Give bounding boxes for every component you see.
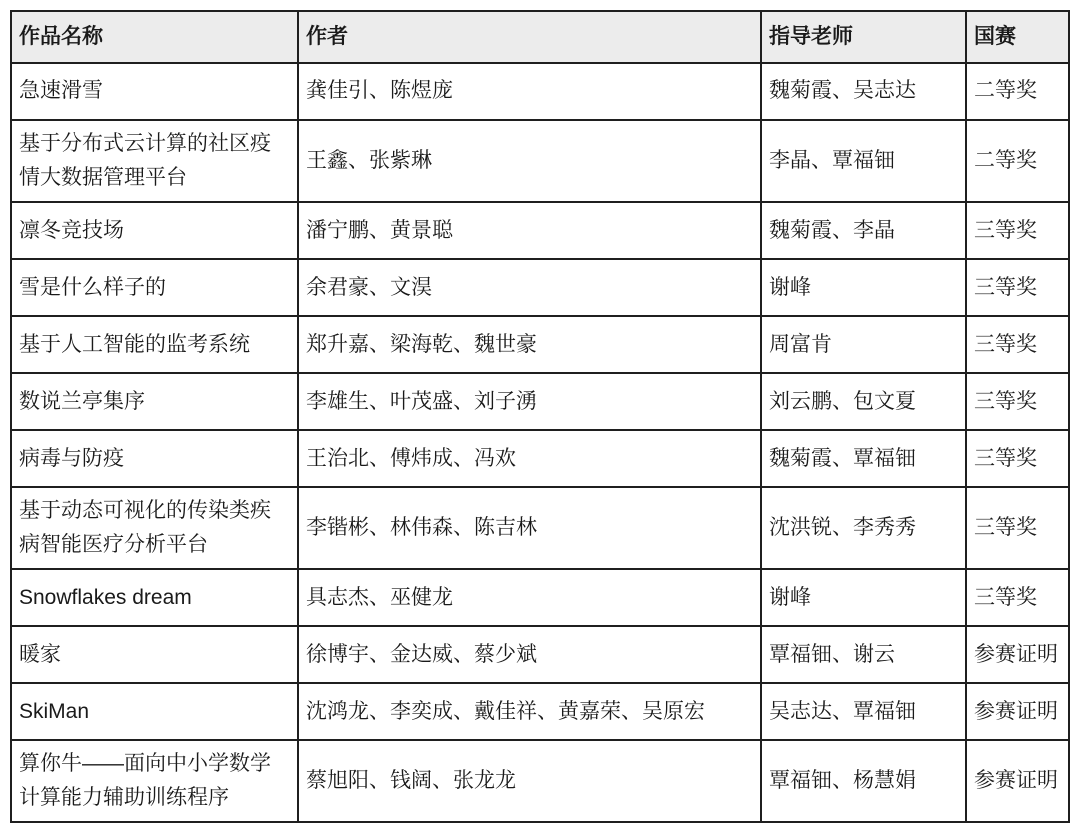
cell-teachers: 吴志达、覃福钿	[761, 683, 966, 740]
cell-authors: 潘宁鹏、黄景聪	[298, 202, 761, 259]
cell-award: 二等奖	[966, 63, 1069, 120]
cell-title: 基于人工智能的监考系统	[11, 316, 298, 373]
cell-teachers: 魏菊霞、李晶	[761, 202, 966, 259]
cell-teachers: 李晶、覃福钿	[761, 120, 966, 202]
cell-teachers: 沈洪锐、李秀秀	[761, 487, 966, 569]
cell-award: 参赛证明	[966, 626, 1069, 683]
cell-title: Snowflakes dream	[11, 569, 298, 626]
table-row: 基于分布式云计算的社区疫情大数据管理平台王鑫、张紫琳李晶、覃福钿二等奖	[11, 120, 1069, 202]
cell-teachers: 覃福钿、谢云	[761, 626, 966, 683]
cell-title: 暖家	[11, 626, 298, 683]
cell-title: 数说兰亭集序	[11, 373, 298, 430]
table-row: 凛冬竞技场潘宁鹏、黄景聪魏菊霞、李晶三等奖	[11, 202, 1069, 259]
cell-authors: 余君豪、文淏	[298, 259, 761, 316]
cell-title: 急速滑雪	[11, 63, 298, 120]
column-header-authors: 作者	[298, 11, 761, 63]
cell-authors: 沈鸿龙、李奕成、戴佳祥、黄嘉荣、吴原宏	[298, 683, 761, 740]
cell-teachers: 覃福钿、杨慧娟	[761, 740, 966, 822]
cell-award: 三等奖	[966, 316, 1069, 373]
cell-award: 三等奖	[966, 487, 1069, 569]
cell-authors: 王鑫、张紫琳	[298, 120, 761, 202]
cell-authors: 龚佳引、陈煜庞	[298, 63, 761, 120]
column-header-award: 国赛	[966, 11, 1069, 63]
cell-award: 三等奖	[966, 569, 1069, 626]
cell-teachers: 谢峰	[761, 569, 966, 626]
cell-teachers: 谢峰	[761, 259, 966, 316]
awards-table: 作品名称作者指导老师国赛 急速滑雪龚佳引、陈煜庞魏菊霞、吴志达二等奖基于分布式云…	[10, 10, 1070, 823]
table-row: 暖家徐博宇、金达威、蔡少斌覃福钿、谢云参赛证明	[11, 626, 1069, 683]
cell-title: SkiMan	[11, 683, 298, 740]
cell-title: 病毒与防疫	[11, 430, 298, 487]
table-row: 雪是什么样子的余君豪、文淏谢峰三等奖	[11, 259, 1069, 316]
table-row: Snowflakes dream具志杰、巫健龙谢峰三等奖	[11, 569, 1069, 626]
cell-award: 三等奖	[966, 202, 1069, 259]
cell-title: 算你牛——面向中小学数学计算能力辅助训练程序	[11, 740, 298, 822]
cell-teachers: 魏菊霞、吴志达	[761, 63, 966, 120]
table-body: 急速滑雪龚佳引、陈煜庞魏菊霞、吴志达二等奖基于分布式云计算的社区疫情大数据管理平…	[11, 63, 1069, 822]
cell-title: 凛冬竞技场	[11, 202, 298, 259]
cell-title: 基于动态可视化的传染类疾病智能医疗分析平台	[11, 487, 298, 569]
cell-award: 参赛证明	[966, 683, 1069, 740]
cell-award: 二等奖	[966, 120, 1069, 202]
cell-teachers: 魏菊霞、覃福钿	[761, 430, 966, 487]
cell-title: 基于分布式云计算的社区疫情大数据管理平台	[11, 120, 298, 202]
cell-award: 三等奖	[966, 430, 1069, 487]
table-row: 病毒与防疫王治北、傅炜成、冯欢魏菊霞、覃福钿三等奖	[11, 430, 1069, 487]
header-row: 作品名称作者指导老师国赛	[11, 11, 1069, 63]
cell-teachers: 周富肯	[761, 316, 966, 373]
table-row: 数说兰亭集序李雄生、叶茂盛、刘子湧刘云鹏、包文夏三等奖	[11, 373, 1069, 430]
cell-title: 雪是什么样子的	[11, 259, 298, 316]
cell-authors: 李锴彬、林伟森、陈吉林	[298, 487, 761, 569]
cell-teachers: 刘云鹏、包文夏	[761, 373, 966, 430]
cell-award: 三等奖	[966, 373, 1069, 430]
table-row: 基于动态可视化的传染类疾病智能医疗分析平台李锴彬、林伟森、陈吉林沈洪锐、李秀秀三…	[11, 487, 1069, 569]
cell-award: 参赛证明	[966, 740, 1069, 822]
cell-authors: 李雄生、叶茂盛、刘子湧	[298, 373, 761, 430]
table-row: 急速滑雪龚佳引、陈煜庞魏菊霞、吴志达二等奖	[11, 63, 1069, 120]
column-header-title: 作品名称	[11, 11, 298, 63]
cell-authors: 徐博宇、金达威、蔡少斌	[298, 626, 761, 683]
table-header: 作品名称作者指导老师国赛	[11, 11, 1069, 63]
cell-authors: 具志杰、巫健龙	[298, 569, 761, 626]
table-row: SkiMan沈鸿龙、李奕成、戴佳祥、黄嘉荣、吴原宏吴志达、覃福钿参赛证明	[11, 683, 1069, 740]
column-header-teachers: 指导老师	[761, 11, 966, 63]
table-row: 算你牛——面向中小学数学计算能力辅助训练程序蔡旭阳、钱阔、张龙龙覃福钿、杨慧娟参…	[11, 740, 1069, 822]
cell-award: 三等奖	[966, 259, 1069, 316]
cell-authors: 蔡旭阳、钱阔、张龙龙	[298, 740, 761, 822]
cell-authors: 郑升嘉、梁海乾、魏世豪	[298, 316, 761, 373]
cell-authors: 王治北、傅炜成、冯欢	[298, 430, 761, 487]
awards-table-container: 作品名称作者指导老师国赛 急速滑雪龚佳引、陈煜庞魏菊霞、吴志达二等奖基于分布式云…	[10, 10, 1068, 823]
table-row: 基于人工智能的监考系统郑升嘉、梁海乾、魏世豪周富肯三等奖	[11, 316, 1069, 373]
